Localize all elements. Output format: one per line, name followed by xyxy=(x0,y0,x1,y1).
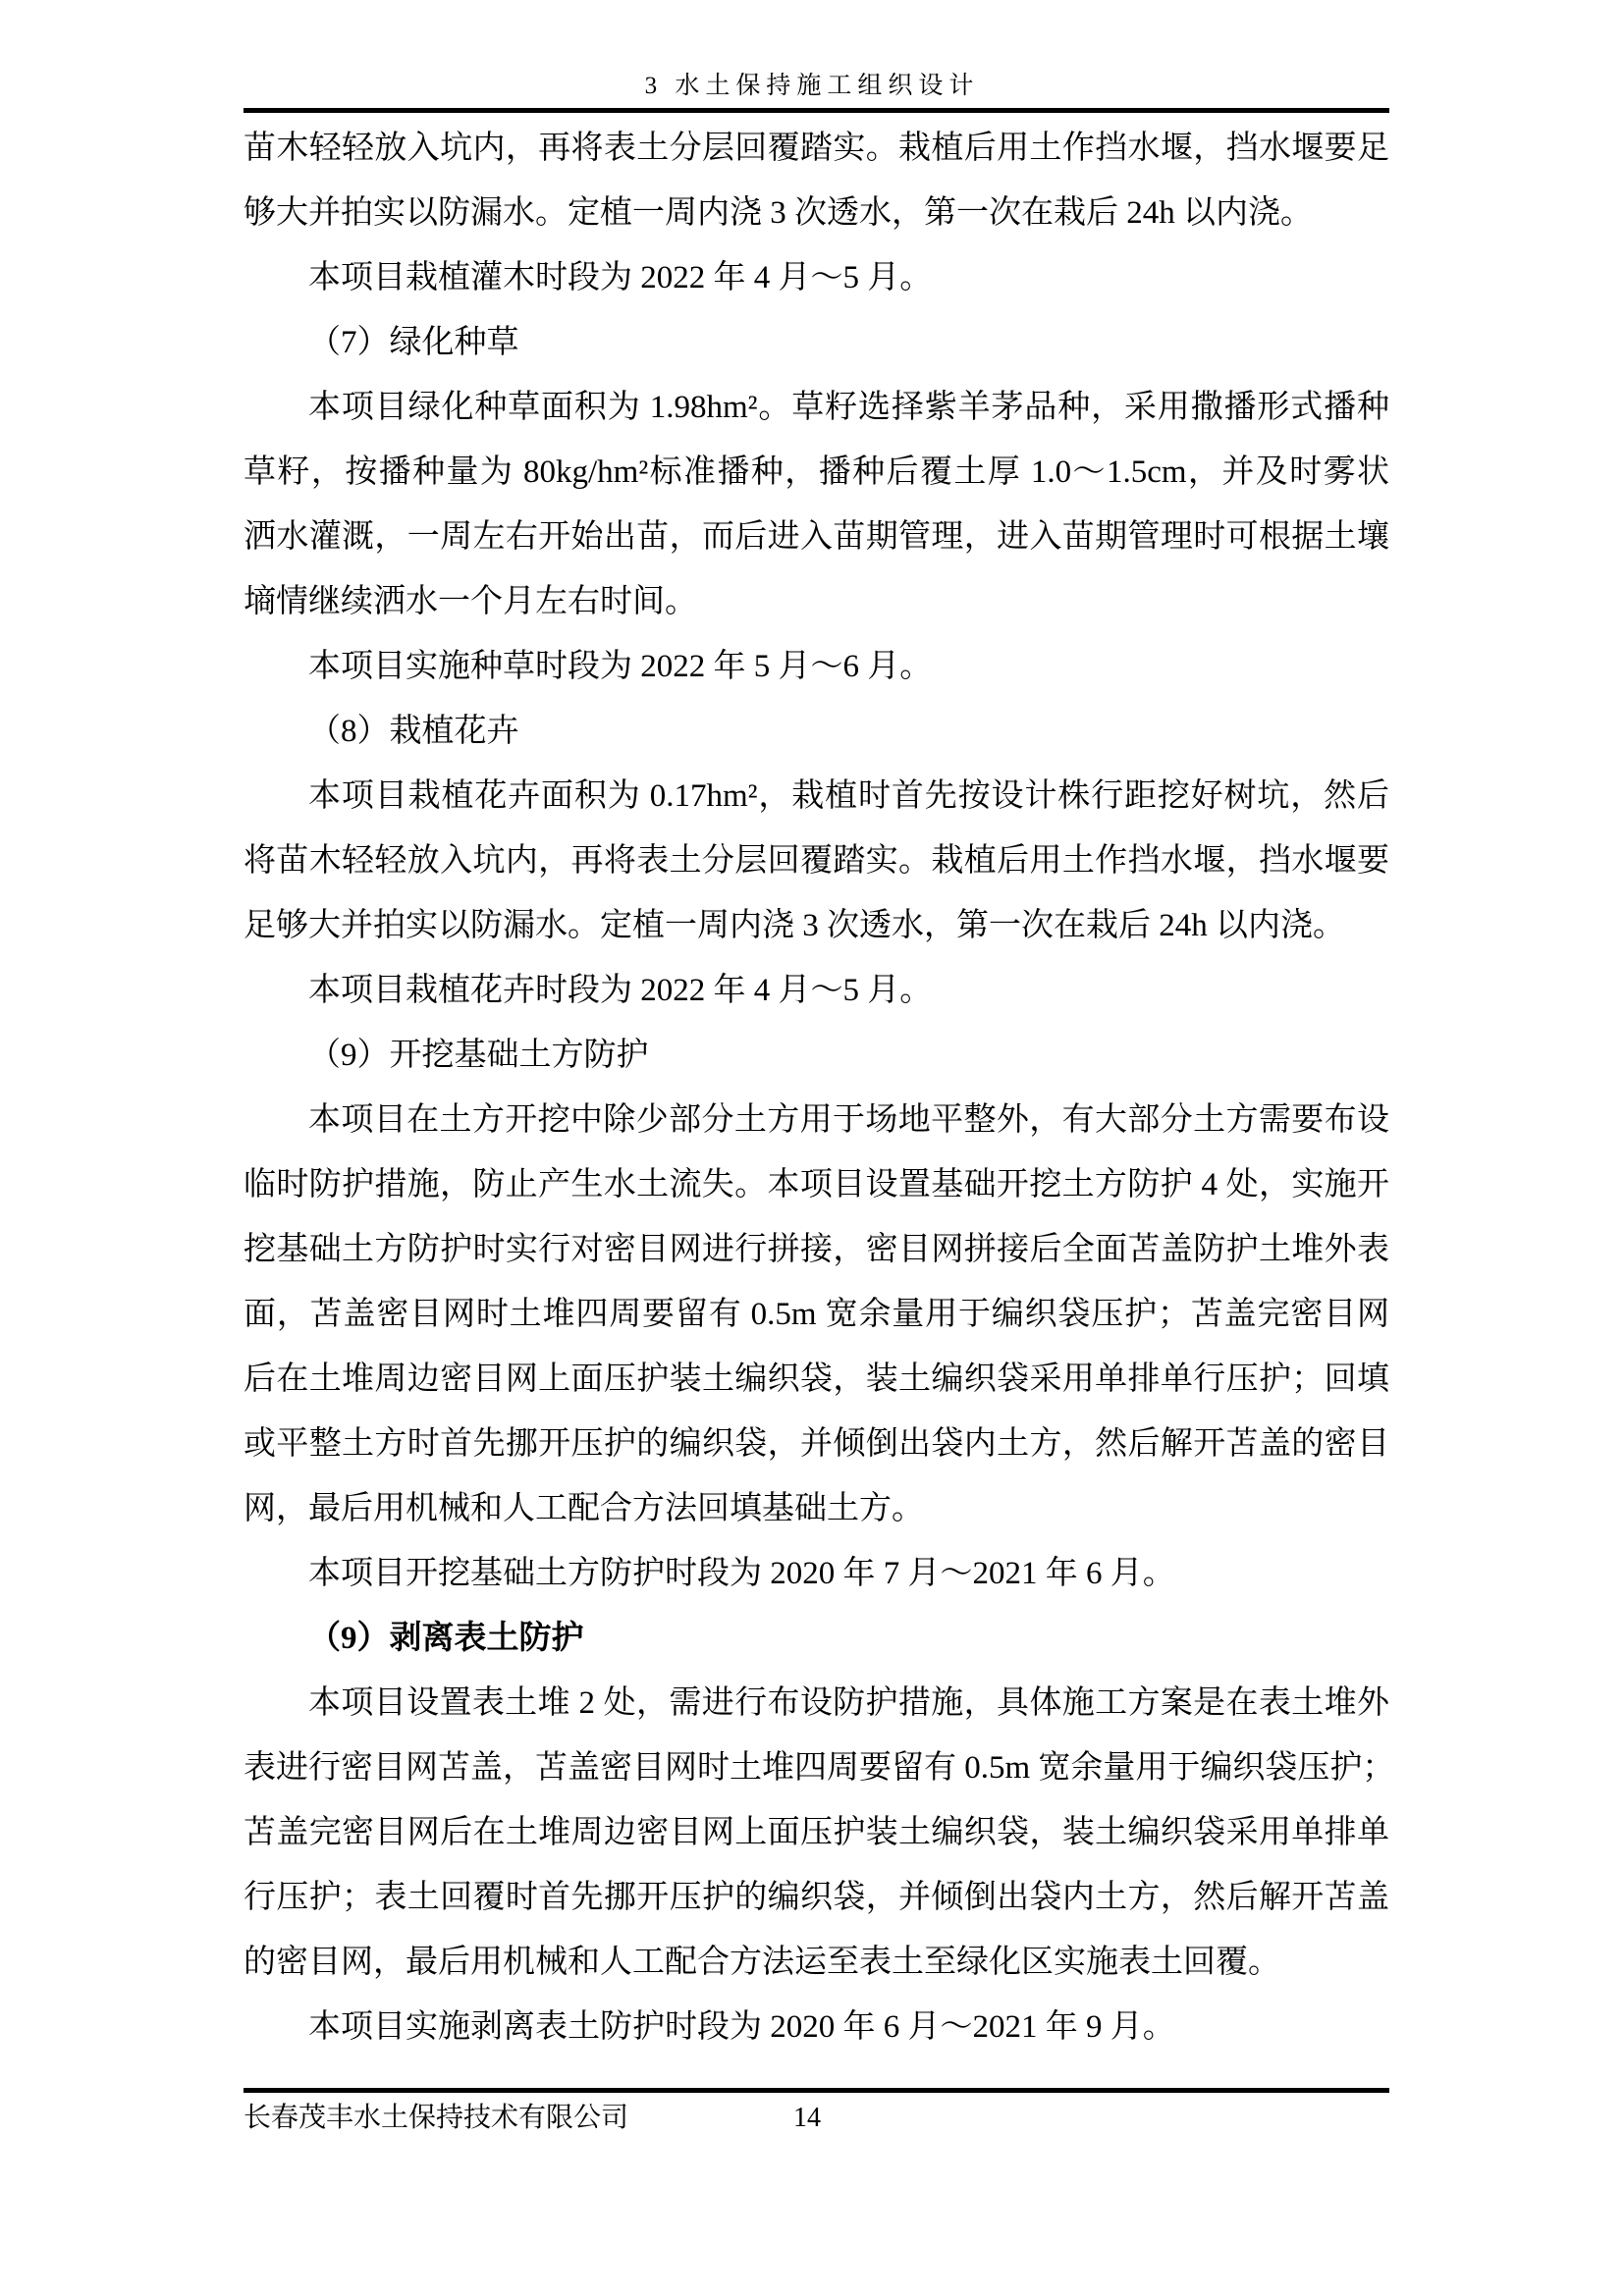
paragraph: 本项目在土方开挖中除少部分土方用于场地平整外，有大部分土方需要布设临时防护措施，… xyxy=(244,1088,1389,1541)
text-line: （9）开挖基础土方防护 xyxy=(244,1023,1389,1088)
text-line: 面，苫盖密目网时土堆四周要留有 0.5m 宽余量用于编织袋压护；苫盖完密目网 xyxy=(244,1282,1389,1347)
text-line: （7）绿化种草 xyxy=(244,310,1389,375)
paragraph: 本项目绿化种草面积为 1.98hm²。草籽选择紫羊茅品种，采用撒播形式播种草籽，… xyxy=(244,375,1389,634)
section-heading: （9）剥离表土防护 xyxy=(244,1606,1389,1671)
paragraph: 本项目设置表土堆 2 处，需进行布设防护措施，具体施工方案是在表土堆外表进行密目… xyxy=(244,1671,1389,1995)
text-line: 本项目设置表土堆 2 处，需进行布设防护措施，具体施工方案是在表土堆外 xyxy=(244,1671,1389,1735)
text-line: 墒情继续洒水一个月左右时间。 xyxy=(244,569,1389,634)
text-line: （8）栽植花卉 xyxy=(244,699,1389,764)
text-line: 本项目栽植花卉时段为 2022 年 4 月～5 月。 xyxy=(244,958,1389,1023)
paragraph: 本项目栽植花卉时段为 2022 年 4 月～5 月。 xyxy=(244,958,1389,1023)
text-line: 后在土堆周边密目网上面压护装土编织袋，装土编织袋采用单排单行压护；回填 xyxy=(244,1347,1389,1412)
paragraph: 本项目栽植灌木时段为 2022 年 4 月～5 月。 xyxy=(244,245,1389,310)
header-title: 3 水土保持施工组织设计 xyxy=(0,71,1624,102)
section-heading: （9）开挖基础土方防护 xyxy=(244,1023,1389,1088)
page-footer: 长春茂丰水土保持技术有限公司 14 xyxy=(244,2099,1389,2138)
text-line: 临时防护措施，防止产生水土流失。本项目设置基础开挖土方防护 4 处，实施开 xyxy=(244,1152,1389,1217)
text-line: 表进行密目网苫盖，苫盖密目网时土堆四周要留有 0.5m 宽余量用于编织袋压护； xyxy=(244,1735,1389,1800)
text-line: 的密目网，最后用机械和人工配合方法运至表土至绿化区实施表土回覆。 xyxy=(244,1930,1389,1995)
text-line: 本项目实施剥离表土防护时段为 2020 年 6 月～2021 年 9 月。 xyxy=(244,1995,1389,2059)
text-line: 将苗木轻轻放入坑内，再将表土分层回覆踏实。栽植后用土作挡水堰，挡水堰要 xyxy=(244,828,1389,893)
text-line: 本项目栽植灌木时段为 2022 年 4 月～5 月。 xyxy=(244,245,1389,310)
document-page: 3 水土保持施工组织设计 苗木轻轻放入坑内，再将表土分层回覆踏实。栽植后用土作挡… xyxy=(0,0,1624,2296)
document-body: 苗木轻轻放入坑内，再将表土分层回覆踏实。栽植后用土作挡水堰，挡水堰要足够大并拍实… xyxy=(244,116,1389,2059)
text-line: 草籽，按播种量为 80kg/hm²标准播种，播种后覆土厚 1.0～1.5cm，并… xyxy=(244,440,1389,505)
paragraph: 苗木轻轻放入坑内，再将表土分层回覆踏实。栽植后用土作挡水堰，挡水堰要足够大并拍实… xyxy=(244,116,1389,245)
paragraph: 本项目实施种草时段为 2022 年 5 月～6 月。 xyxy=(244,634,1389,699)
footer-rule xyxy=(244,2088,1389,2093)
text-line: 本项目栽植花卉面积为 0.17hm²，栽植时首先按设计株行距挖好树坑，然后 xyxy=(244,764,1389,828)
text-line: 行压护；表土回覆时首先挪开压护的编织袋，并倾倒出袋内土方，然后解开苫盖 xyxy=(244,1865,1389,1930)
text-line: 或平整土方时首先挪开压护的编织袋，并倾倒出袋内土方，然后解开苫盖的密目 xyxy=(244,1412,1389,1476)
text-line: （9）剥离表土防护 xyxy=(244,1606,1389,1671)
text-line: 网，最后用机械和人工配合方法回填基础土方。 xyxy=(244,1476,1389,1541)
text-line: 本项目实施种草时段为 2022 年 5 月～6 月。 xyxy=(244,634,1389,699)
text-line: 够大并拍实以防漏水。定植一周内浇 3 次透水，第一次在栽后 24h 以内浇。 xyxy=(244,181,1389,245)
text-line: 洒水灌溉，一周左右开始出苗，而后进入苗期管理，进入苗期管理时可根据土壤 xyxy=(244,505,1389,569)
text-line: 苫盖完密目网后在土堆周边密目网上面压护装土编织袋，装土编织袋采用单排单 xyxy=(244,1800,1389,1865)
section-heading: （7）绿化种草 xyxy=(244,310,1389,375)
text-line: 足够大并拍实以防漏水。定植一周内浇 3 次透水，第一次在栽后 24h 以内浇。 xyxy=(244,893,1389,958)
section-heading: （8）栽植花卉 xyxy=(244,699,1389,764)
text-line: 本项目开挖基础土方防护时段为 2020 年 7 月～2021 年 6 月。 xyxy=(244,1541,1389,1606)
page-number: 14 xyxy=(793,2099,821,2138)
text-line: 本项目在土方开挖中除少部分土方用于场地平整外，有大部分土方需要布设 xyxy=(244,1088,1389,1152)
paragraph: 本项目实施剥离表土防护时段为 2020 年 6 月～2021 年 9 月。 xyxy=(244,1995,1389,2059)
footer-company: 长春茂丰水土保持技术有限公司 xyxy=(244,2099,628,2138)
paragraph: 本项目开挖基础土方防护时段为 2020 年 7 月～2021 年 6 月。 xyxy=(244,1541,1389,1606)
text-line: 苗木轻轻放入坑内，再将表土分层回覆踏实。栽植后用土作挡水堰，挡水堰要足 xyxy=(244,116,1389,181)
paragraph: 本项目栽植花卉面积为 0.17hm²，栽植时首先按设计株行距挖好树坑，然后将苗木… xyxy=(244,764,1389,958)
text-line: 挖基础土方防护时实行对密目网进行拼接，密目网拼接后全面苫盖防护土堆外表 xyxy=(244,1217,1389,1282)
header-rule xyxy=(244,108,1389,113)
text-line: 本项目绿化种草面积为 1.98hm²。草籽选择紫羊茅品种，采用撒播形式播种 xyxy=(244,375,1389,440)
